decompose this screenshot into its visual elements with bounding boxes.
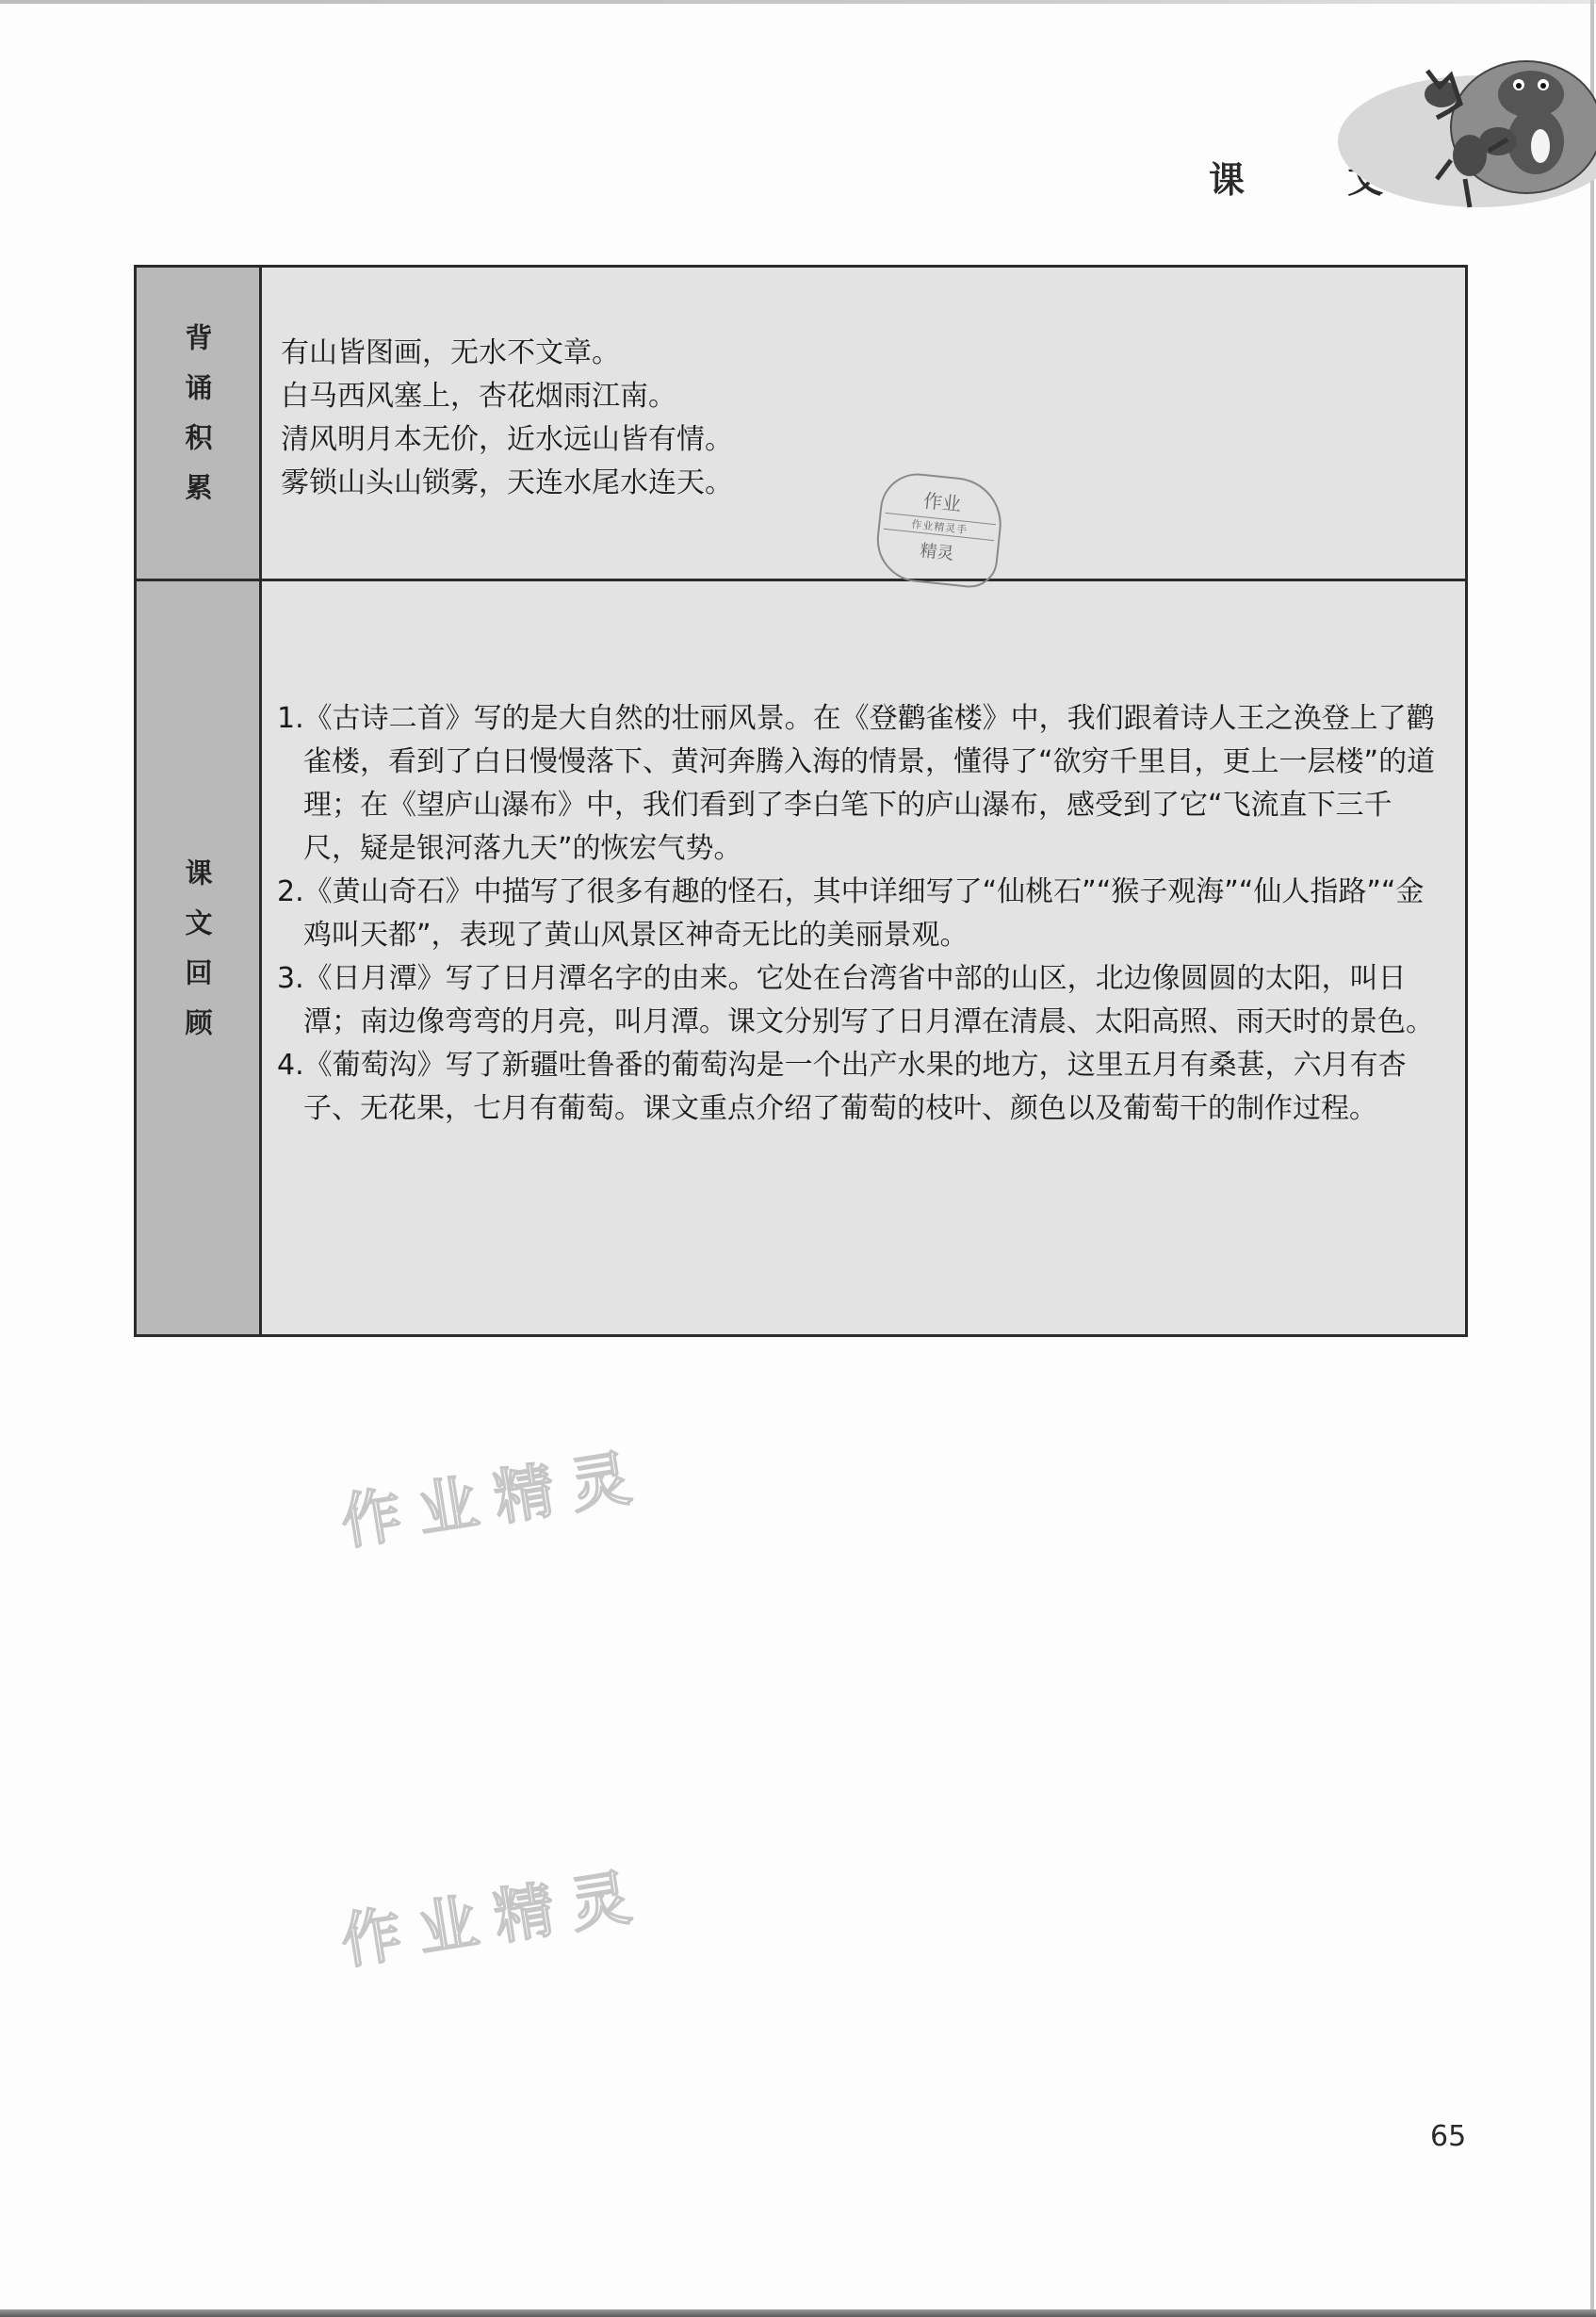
page-right-edge <box>1590 0 1594 2310</box>
review-item: 3.《日月潭》写了日月潭名字的由来。它处在台湾省中部的山区，北边像圆圆的太阳，叫… <box>277 957 1445 1044</box>
row-label: 背诵积累 <box>179 323 218 523</box>
page-bottom-edge <box>0 2309 1596 2317</box>
watermark: 作业精灵 <box>334 1847 653 1981</box>
page-number: 65 <box>1430 2120 1466 2153</box>
review-item: 2.《黄山奇石》中描写了很多有趣的怪石，其中详细写了“仙桃石”“猴子观海”“仙人… <box>277 871 1445 957</box>
recitation-line: 清风明月本无价，近水远山皆有情。 <box>281 418 733 462</box>
review-item: 1.《古诗二首》写的是大自然的壮丽风景。在《登鹳雀楼》中，我们跟着诗人王之涣登上… <box>277 697 1445 871</box>
table-row-recitation: 背诵积累 有山皆图画，无水不文章。 白马西风塞上，杏花烟雨江南。 清风明月本无价… <box>137 268 1465 581</box>
page-top-edge <box>0 0 1596 4</box>
recitation-line: 白马西风塞上，杏花烟雨江南。 <box>281 375 733 418</box>
recitation-line: 雾锁山头山锁雾，天连水尾水连天。 <box>281 462 733 505</box>
review-item: 4.《葡萄沟》写了新疆吐鲁番的葡萄沟是一个出产水果的地方，这里五月有桑葚，六月有… <box>277 1044 1445 1131</box>
review-list: 1.《古诗二首》写的是大自然的壮丽风景。在《登鹳雀楼》中，我们跟着诗人王之涣登上… <box>277 697 1445 1131</box>
frogs-illustration-icon <box>1310 38 1596 226</box>
review-content-cell: 1.《古诗二首》写的是大自然的壮丽风景。在《登鹳雀楼》中，我们跟着诗人王之涣登上… <box>262 581 1465 1334</box>
row-label: 课文回顾 <box>179 858 218 1058</box>
recitation-line: 有山皆图画，无水不文章。 <box>281 332 733 375</box>
review-table: 背诵积累 有山皆图画，无水不文章。 白马西风塞上，杏花烟雨江南。 清风明月本无价… <box>134 265 1468 1337</box>
table-row-lesson-review: 课文回顾 1.《古诗二首》写的是大自然的壮丽风景。在《登鹳雀楼》中，我们跟着诗人… <box>137 581 1465 1334</box>
watermark: 作业精灵 <box>334 1428 653 1561</box>
row-label-cell: 背诵积累 <box>137 268 262 579</box>
recitation-lines: 有山皆图画，无水不文章。 白马西风塞上，杏花烟雨江南。 清风明月本无价，近水远山… <box>281 332 733 505</box>
recitation-content-cell: 有山皆图画，无水不文章。 白马西风塞上，杏花烟雨江南。 清风明月本无价，近水远山… <box>262 268 1465 579</box>
row-label-cell: 课文回顾 <box>137 581 262 1334</box>
